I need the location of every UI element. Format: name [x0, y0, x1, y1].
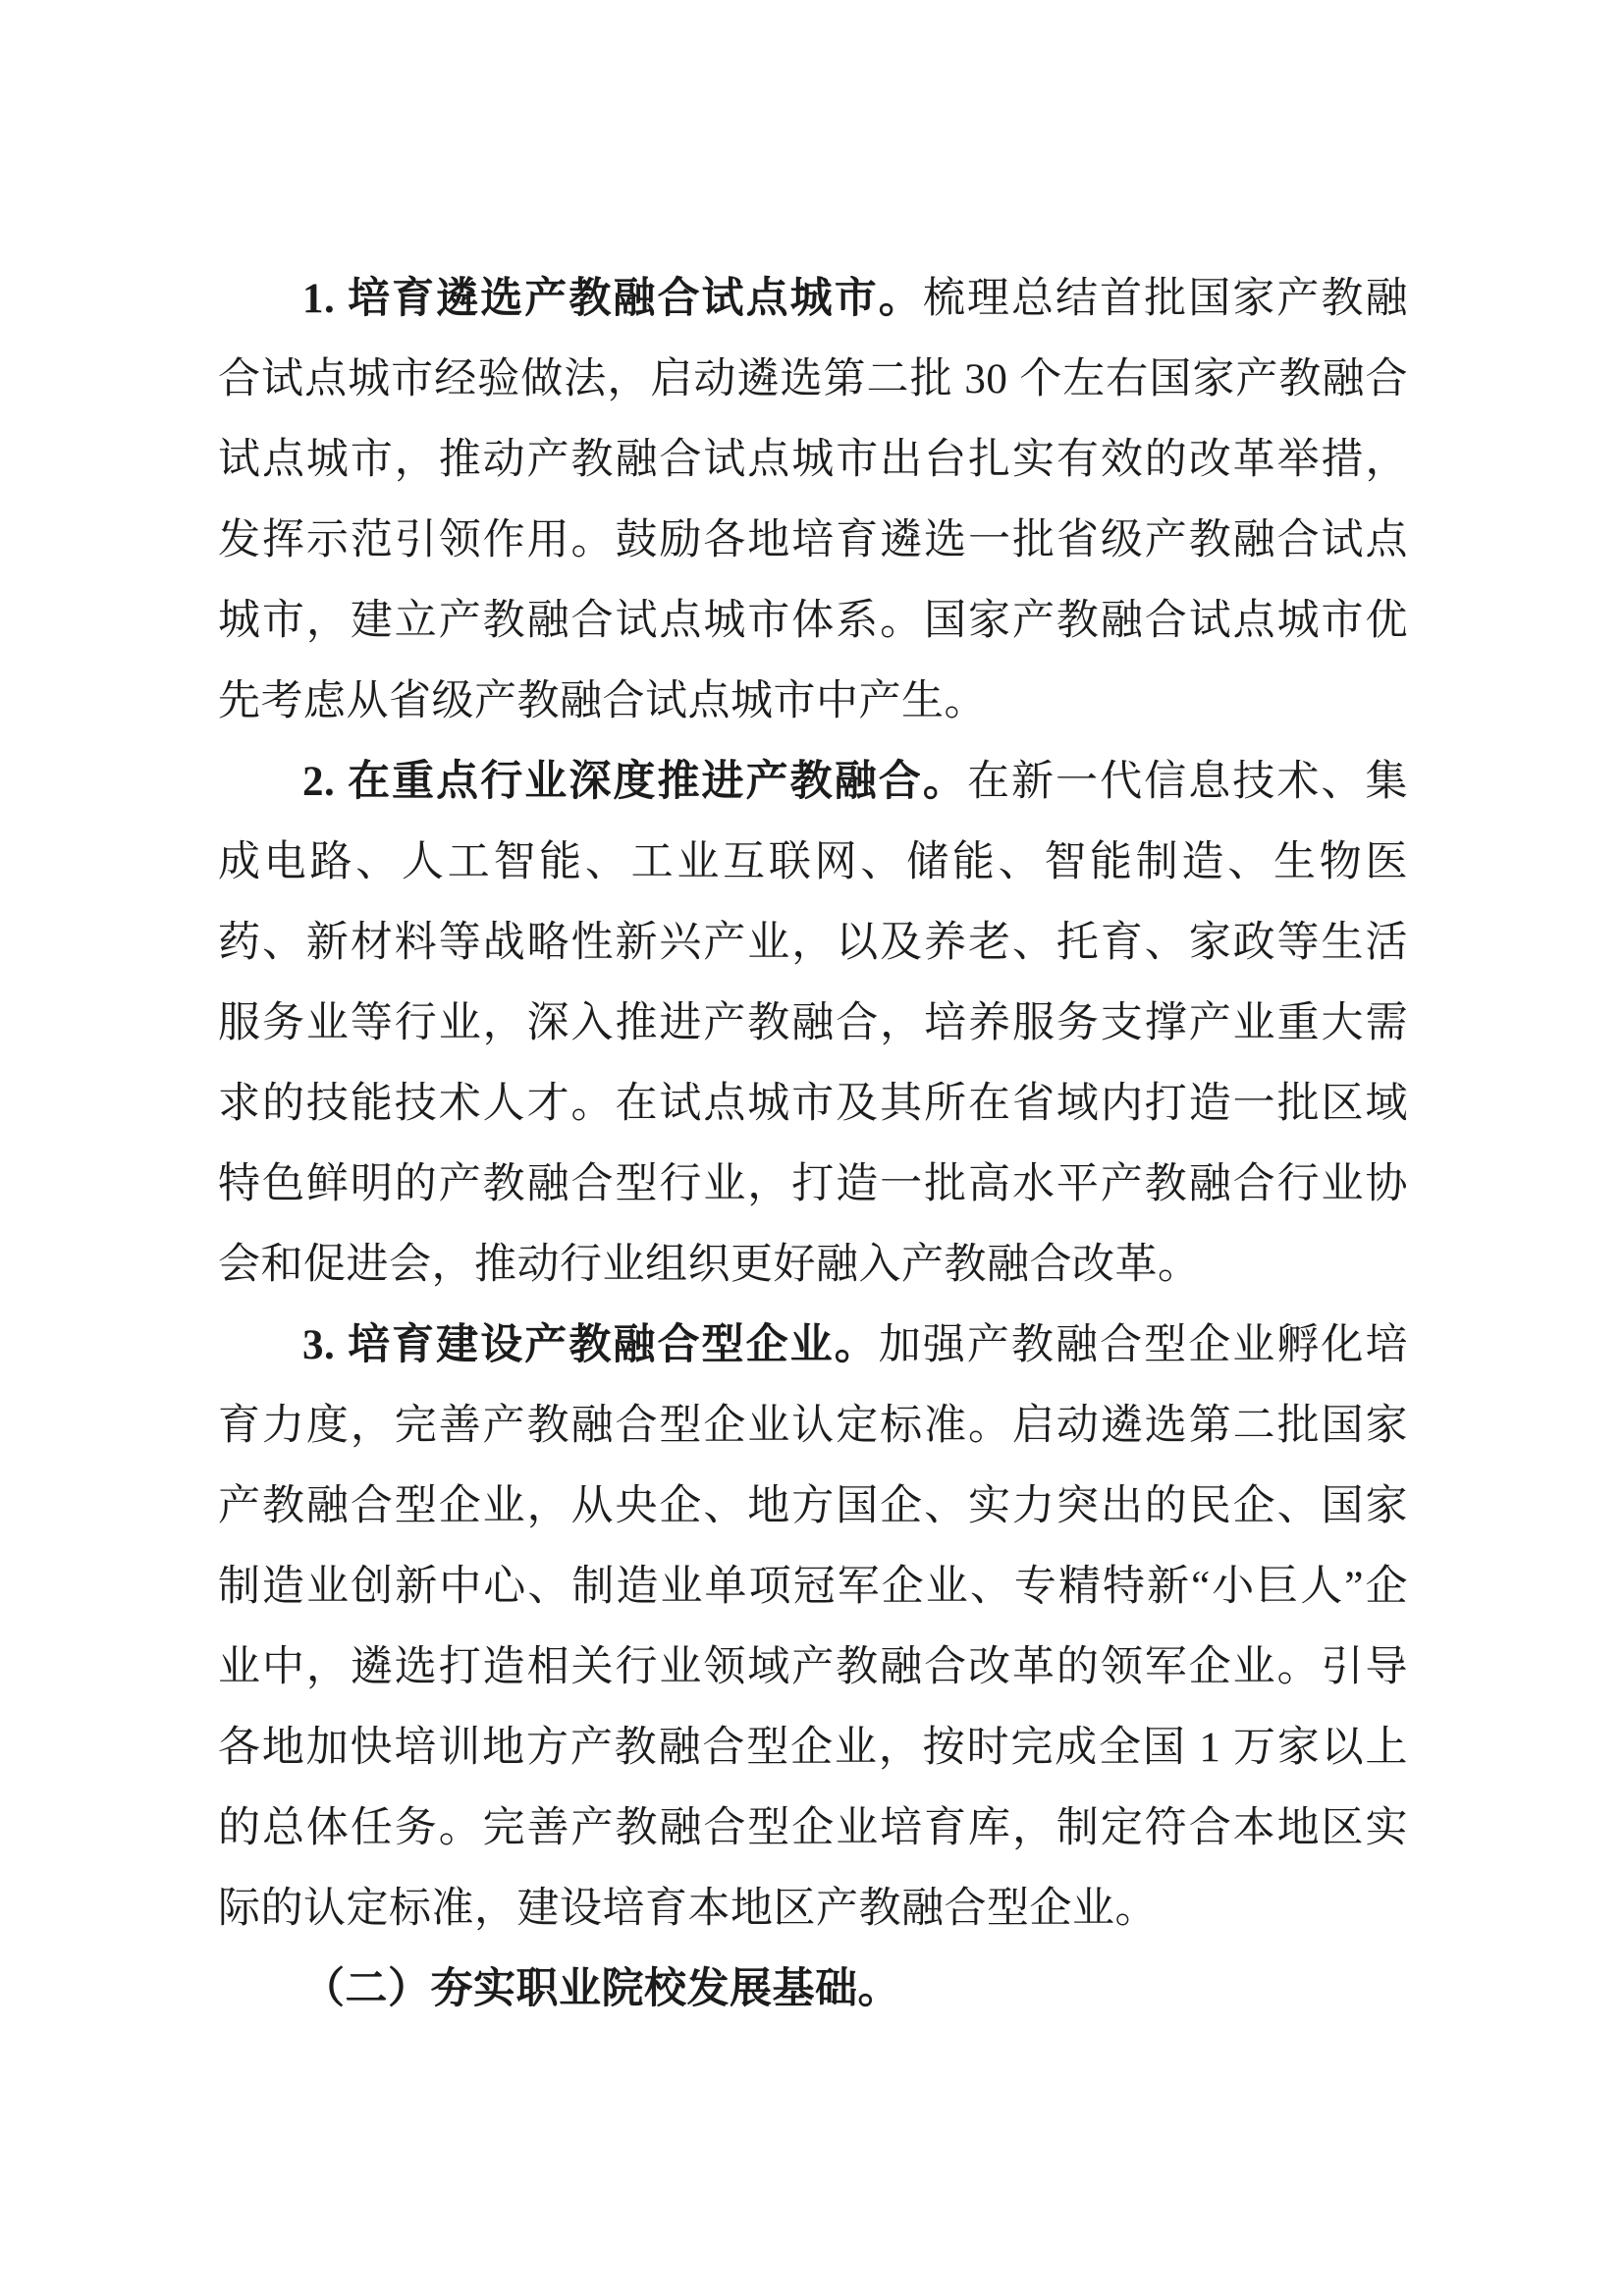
- numbered-paragraph-1: 1. 培育遴选产教融合试点城市。梳理总结首批国家产教融合试点城市经验做法，启动遴…: [218, 259, 1408, 742]
- paragraph-2-text: 在新一代信息技术、集成电路、人工智能、工业互联网、储能、智能制造、生物医药、新材…: [218, 759, 1408, 1288]
- document-body: 1. 培育遴选产教融合试点城市。梳理总结首批国家产教融合试点城市经验做法，启动遴…: [218, 259, 1408, 2030]
- numbered-paragraph-3: 3. 培育建设产教融合型企业。加强产教融合型企业孵化培育力度，完善产教融合型企业…: [218, 1306, 1408, 1949]
- paragraph-2-lead: 2. 在重点行业深度推进产教融合。: [302, 759, 967, 805]
- paragraph-3-lead: 3. 培育建设产教融合型企业。: [302, 1322, 879, 1368]
- numbered-paragraph-2: 2. 在重点行业深度推进产教融合。在新一代信息技术、集成电路、人工智能、工业互联…: [218, 742, 1408, 1306]
- subsection-heading: （二）夯实职业院校发展基础。: [218, 1949, 1408, 2030]
- paragraph-1-text: 梳理总结首批国家产教融合试点城市经验做法，启动遴选第二批 30 个左右国家产教融…: [218, 276, 1408, 724]
- paragraph-3-text: 加强产教融合型企业孵化培育力度，完善产教融合型企业认定标准。启动遴选第二批国家产…: [218, 1322, 1408, 1932]
- document-page: 1. 培育遴选产教融合试点城市。梳理总结首批国家产教融合试点城市经验做法，启动遴…: [0, 0, 1624, 2296]
- paragraph-1-lead: 1. 培育遴选产教融合试点城市。: [302, 276, 923, 322]
